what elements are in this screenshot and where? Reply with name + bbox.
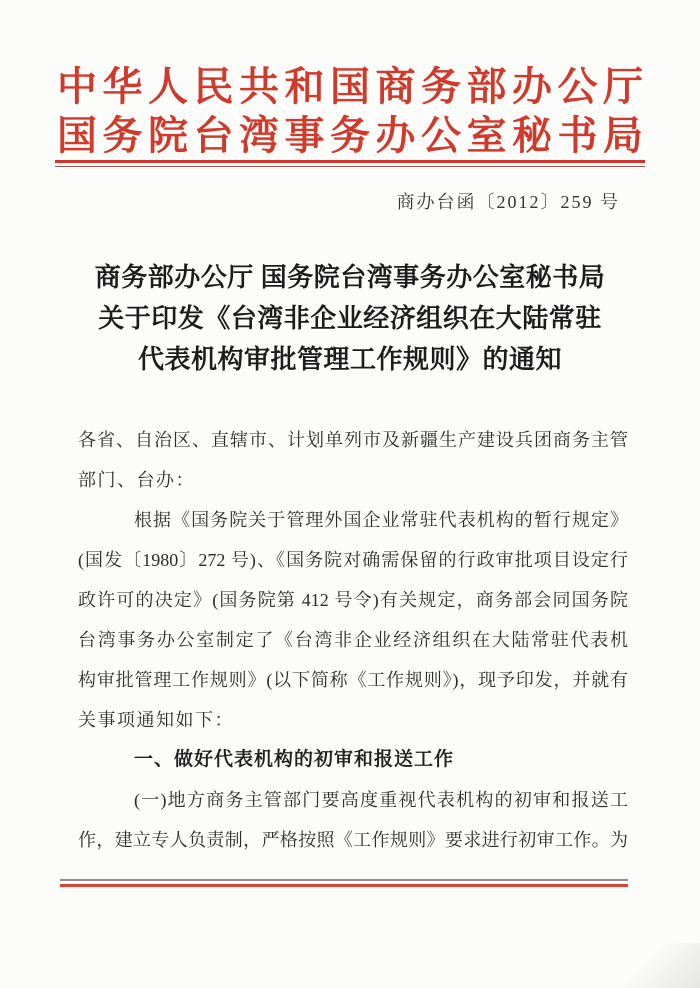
body-line: 部门、台办： xyxy=(78,460,628,500)
body-line: 作，建立专人负责制，严格按照《工作规则》要求进行初审工作。为 xyxy=(78,820,628,860)
body-line: 各省、自治区、直辖市、计划单列市及新疆生产建设兵团商务主管 xyxy=(78,420,628,460)
body-line: 关事项通知如下： xyxy=(78,700,628,740)
scanned-document-page: 中华人民共和国商务部办公厅 国务院台湾事务办公室秘书局 商办台函〔2012〕25… xyxy=(0,0,700,988)
header-rule-thin xyxy=(55,166,645,167)
footer-rule-red xyxy=(60,884,628,887)
letterhead: 中华人民共和国商务部办公厅 国务院台湾事务办公室秘书局 xyxy=(57,62,643,160)
body-line: 构审批管理工作规则》(以下简称《工作规则》)，现予印发，并就有 xyxy=(78,660,628,700)
header-rule-red xyxy=(55,160,645,163)
title-line-1: 商务部办公厅 国务院台湾事务办公室秘书局 xyxy=(0,257,700,298)
body-line: 根据《国务院关于管理外国企业常驻代表机构的暂行规定》 xyxy=(78,500,628,540)
title-line-3: 代表机构审批管理工作规则》的通知 xyxy=(0,339,700,380)
scan-corner-shade xyxy=(590,943,700,988)
body-line: 政许可的决定》(国务院第 412 号令)有关规定，商务部会同国务院 xyxy=(78,580,628,620)
body-line: (国发〔1980〕272 号)、《国务院对确需保留的行政审批项目设定行 xyxy=(78,540,628,580)
footer-rule-gray xyxy=(60,879,628,881)
body-line: 台湾事务办公室制定了《台湾非企业经济组织在大陆常驻代表机 xyxy=(78,620,628,660)
body-line: (一)地方商务主管部门要高度重视代表机构的初审和报送工 xyxy=(78,780,628,820)
document-number: 商办台函〔2012〕259 号 xyxy=(397,190,621,214)
letterhead-line-2: 国务院台湾事务办公室秘书局 xyxy=(57,111,643,160)
title-line-2: 关于印发《台湾非企业经济组织在大陆常驻 xyxy=(0,298,700,339)
document-title: 商务部办公厅 国务院台湾事务办公室秘书局 关于印发《台湾非企业经济组织在大陆常驻… xyxy=(0,257,700,380)
letterhead-line-1: 中华人民共和国商务部办公厅 xyxy=(57,62,643,111)
body-section-heading: 一、做好代表机构的初审和报送工作 xyxy=(78,740,628,780)
document-body: 各省、自治区、直辖市、计划单列市及新疆生产建设兵团商务主管 部门、台办： 根据《… xyxy=(78,420,628,860)
